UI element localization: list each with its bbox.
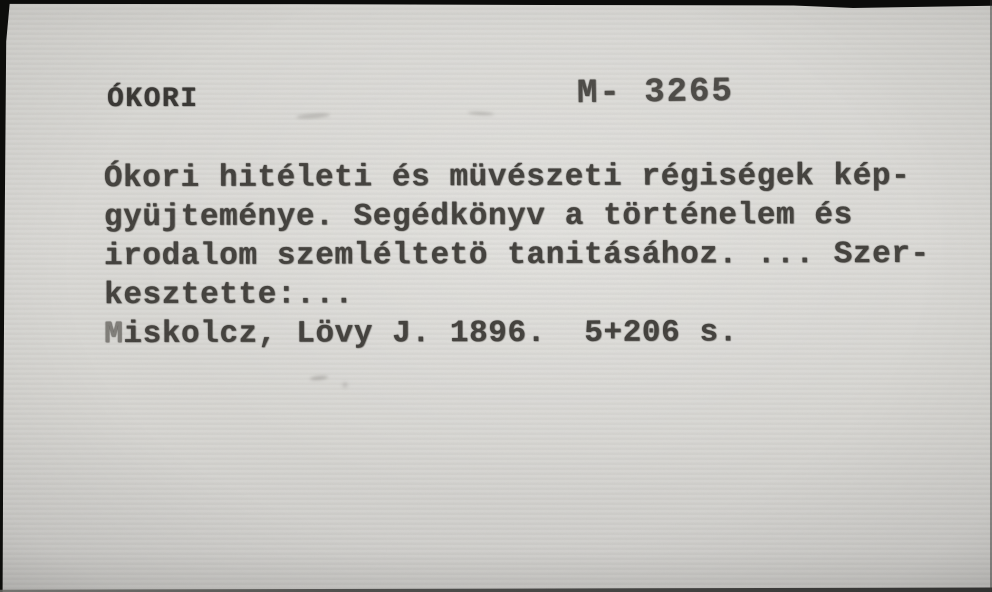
imprint-line: Miskolcz, Lövy J. 1896. 5+206 s. [104,313,930,354]
scan-artifact [296,113,330,119]
scan-artifact [310,375,328,381]
card-body: Ókori hitéleti és müvészeti régiségek ké… [104,157,930,354]
scan-artifact [342,382,348,388]
scan-edge-bottom [0,586,992,592]
catalog-card-scan: ÓKORI M- 3265 Ókori hitéleti és müvészet… [0,0,992,592]
scan-edge-top [0,0,992,8]
body-line-3: irodalom szemléltetö tanitásához. ... Sz… [104,235,930,276]
scan-edge-left [0,0,10,592]
card-heading: ÓKORI [107,84,199,115]
body-line-2: gyüjteménye. Segédkönyv a történelem és [104,196,930,237]
body-line-1: Ókori hitéleti és müvészeti régiségek ké… [104,157,930,198]
scan-artifact [468,111,494,115]
catalog-number: M- 3265 [577,73,734,113]
body-line-4: kesztette:... [104,274,930,315]
